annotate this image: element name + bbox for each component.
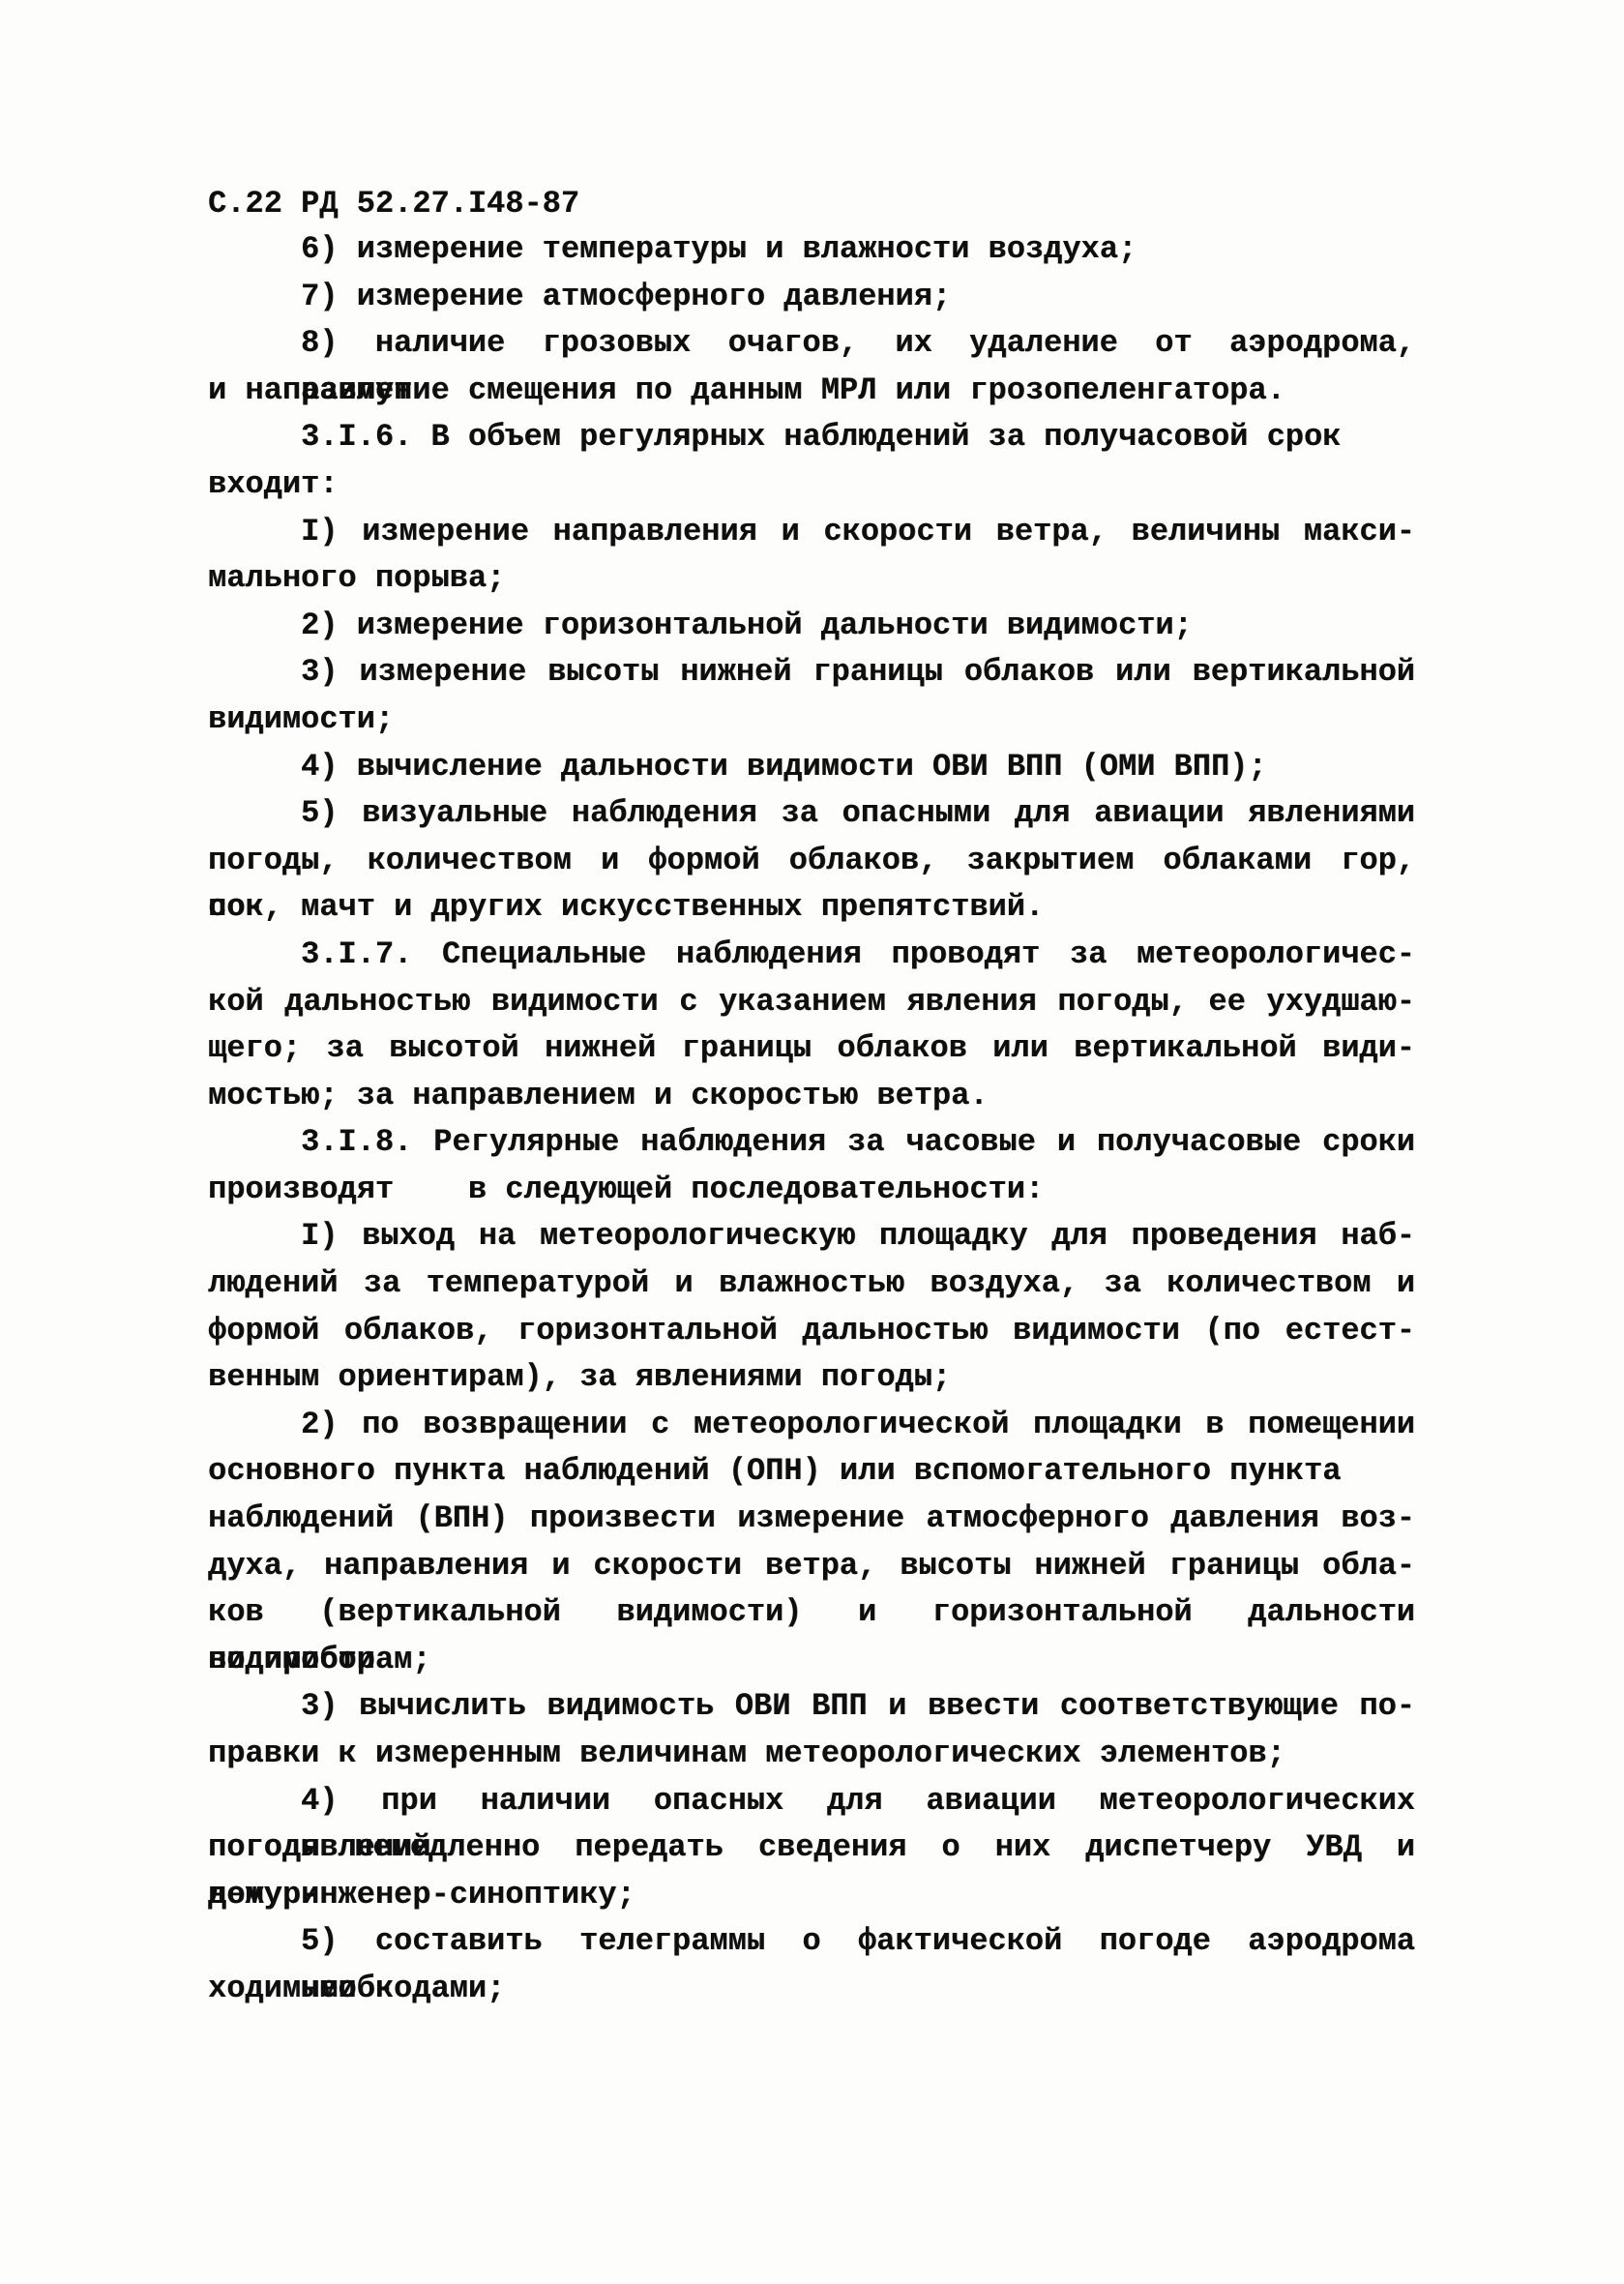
text-line: производят в следующей последовательност… [208, 1167, 1415, 1214]
text-line: мального порыва; [208, 555, 1415, 603]
text-line: 3) измерение высоты нижней границы облак… [208, 649, 1415, 697]
text-line: 7) измерение атмосферного давления; [208, 274, 1415, 321]
text-line: формой облаков, горизонтальной дальность… [208, 1308, 1415, 1355]
text-line: 3.I.8. Регулярные наблюдения за часовые … [208, 1119, 1415, 1167]
text-line: 3.I.6. В объем регулярных наблюдений за … [208, 414, 1415, 461]
text-line: наблюдений (ВПН) произвести измерение ат… [208, 1496, 1415, 1543]
text-line: погоды немедленно передать сведения о ни… [208, 1824, 1415, 1872]
text-line: правки к измеренным величинам метеоролог… [208, 1731, 1415, 1778]
text-line: I) измерение направления и скорости ветр… [208, 509, 1415, 556]
text-line: 4) вычисление дальности видимости ОВИ ВП… [208, 744, 1415, 791]
text-lines: 6) измерение температуры и влажности воз… [208, 226, 1415, 2013]
text-line: видимости; [208, 697, 1415, 744]
text-line: людений за температурой и влажностью воз… [208, 1261, 1415, 1308]
text-line: духа, направления и скорости ветра, высо… [208, 1543, 1415, 1590]
text-line: входит: [208, 461, 1415, 509]
text-line: по приборам; [208, 1637, 1415, 1684]
document-page: С.22 РД 52.27.I48-87 6) измерение темпер… [0, 0, 1624, 2284]
text-line: 5) визуальные наблюдения за опасными для… [208, 790, 1415, 838]
text-line: ков (вертикальной видимости) и горизонта… [208, 1589, 1415, 1637]
text-line: 6) измерение температуры и влажности воз… [208, 226, 1415, 274]
text-line: погоды, количеством и формой облаков, за… [208, 838, 1415, 885]
text-line: 5) составить телеграммы о фактической по… [208, 1918, 1415, 1966]
text-line: пок, мачт и других искусственных препятс… [208, 884, 1415, 932]
text-line: щего; за высотой нижней границы облаков … [208, 1025, 1415, 1073]
text-line: ходимыми кодами; [208, 1966, 1415, 2013]
page-header: С.22 РД 52.27.I48-87 [208, 180, 579, 227]
text-line: 4) при наличии опасных для авиации метео… [208, 1778, 1415, 1825]
text-line: венным ориентирам), за явлениями погоды; [208, 1354, 1415, 1402]
text-line: кой дальностью видимости с указанием явл… [208, 979, 1415, 1026]
text-line: I) выход на метеорологическую площадку д… [208, 1213, 1415, 1261]
text-line: 3.I.7. Специальные наблюдения проводят з… [208, 932, 1415, 979]
text-line: мостью; за направлением и скоростью ветр… [208, 1073, 1415, 1120]
text-line: 3) вычислить видимость ОВИ ВПП и ввести … [208, 1683, 1415, 1731]
text-line: 8) наличие грозовых очагов, их удаление … [208, 320, 1415, 368]
text-line: 2) по возвращении с метеорологической пл… [208, 1402, 1415, 1449]
text-line: и направление смещения по данным МРЛ или… [208, 368, 1415, 415]
text-line: ному инженер-синоптику; [208, 1872, 1415, 1919]
text-line: 2) измерение горизонтальной дальности ви… [208, 603, 1415, 650]
text-line: основного пункта наблюдений (ОПН) или вс… [208, 1448, 1415, 1496]
